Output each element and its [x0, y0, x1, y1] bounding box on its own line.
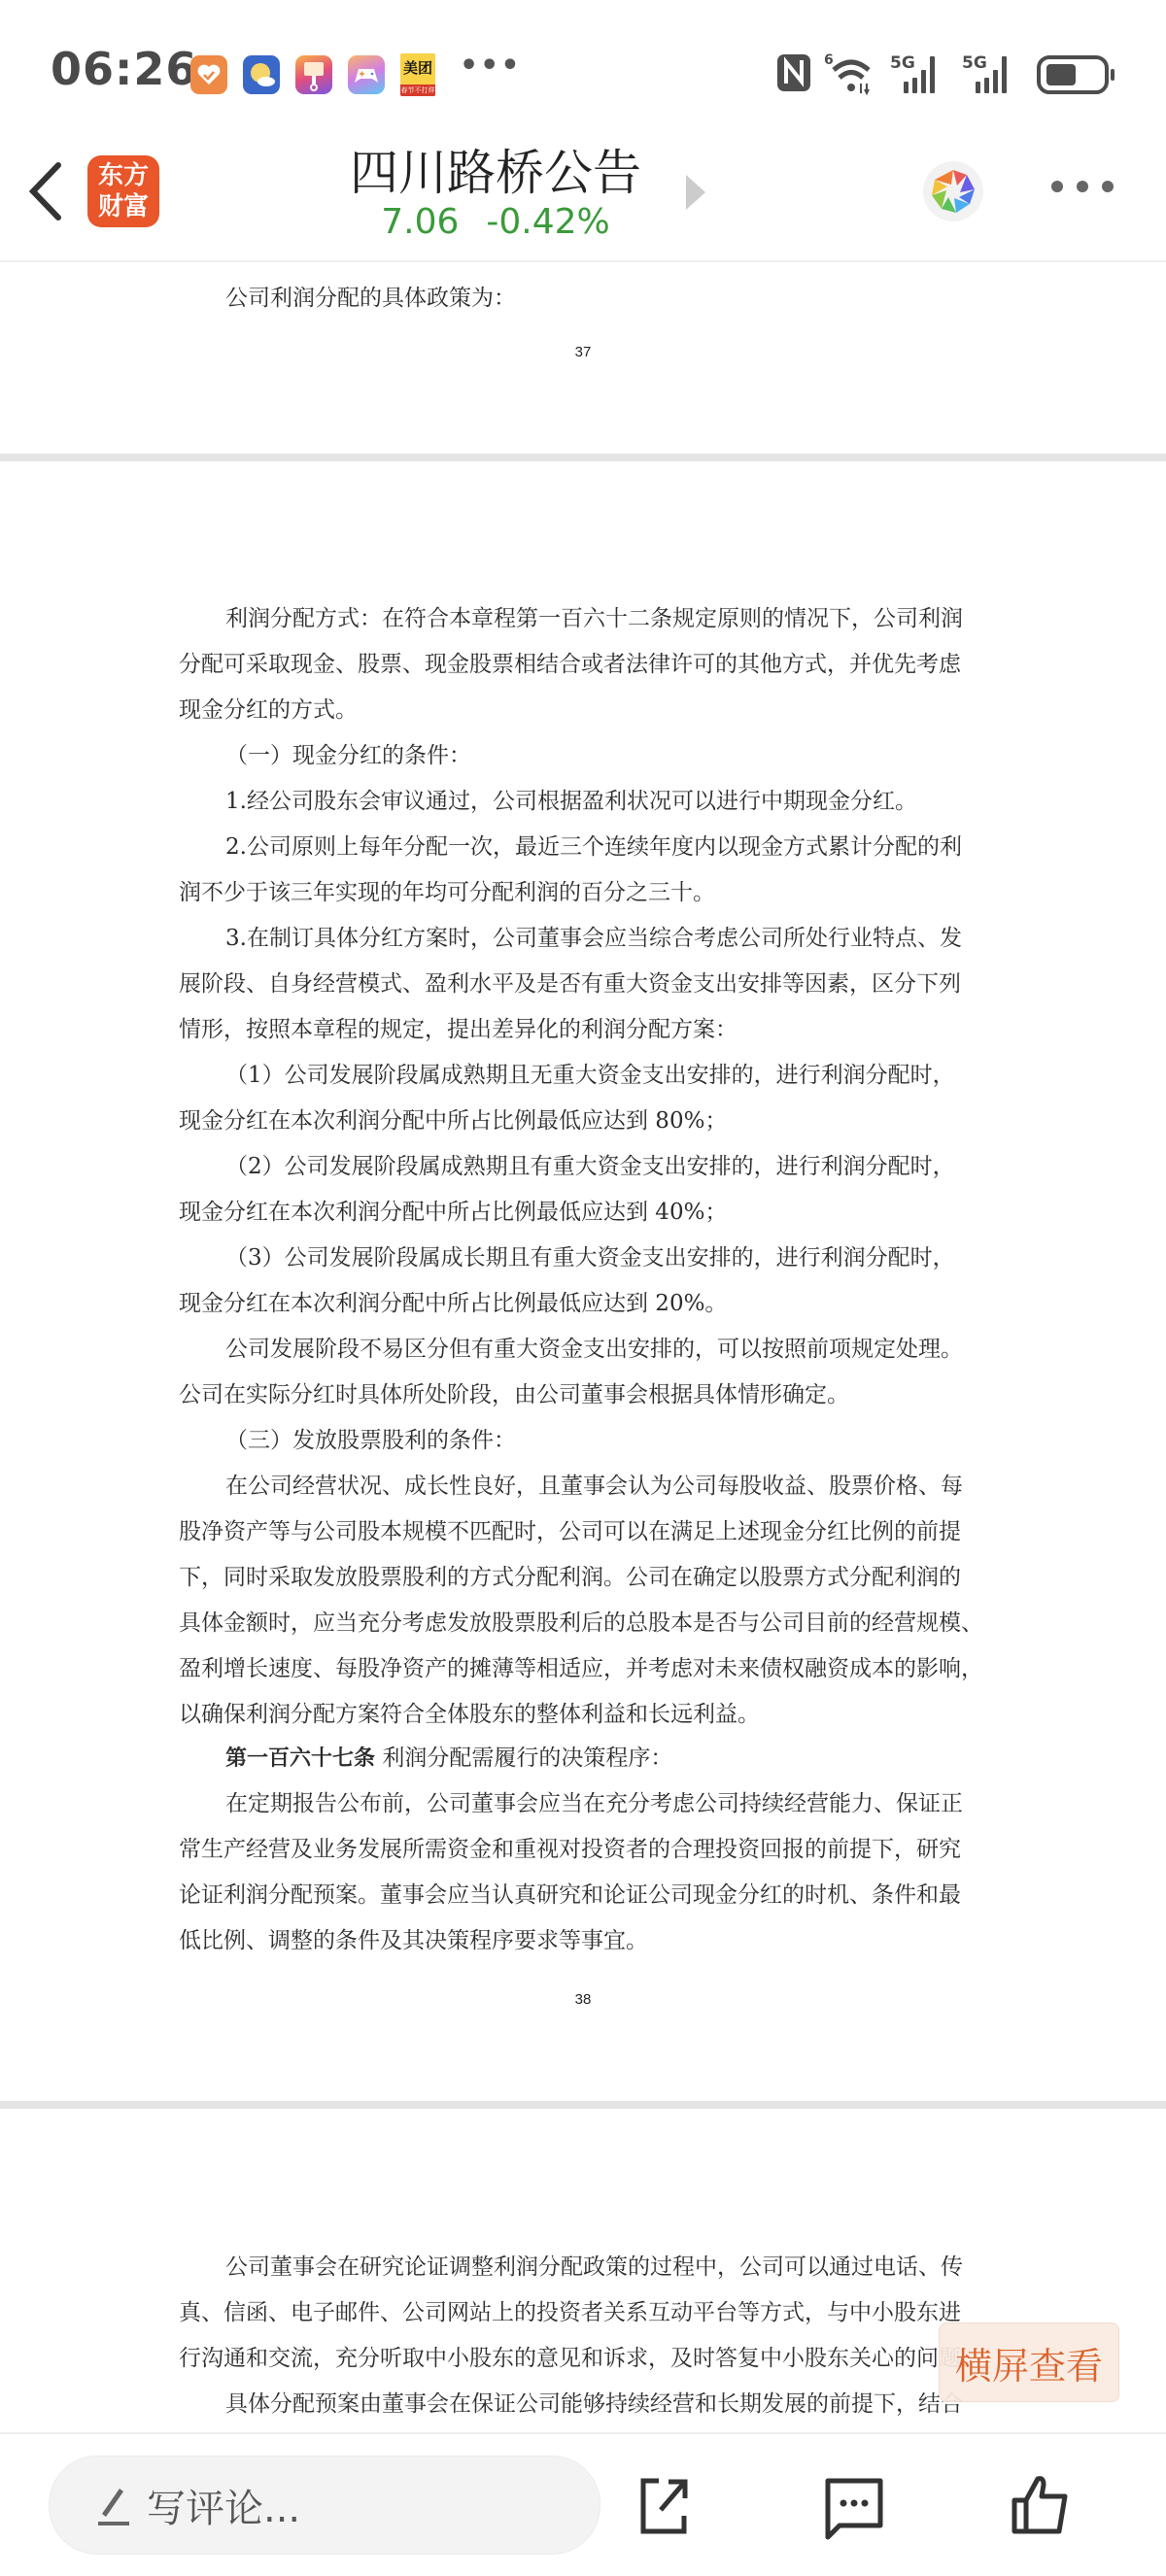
theme-brush-app-icon: [295, 55, 332, 94]
page-number: 37: [0, 344, 1166, 360]
page-title: 四川路桥公告: [291, 134, 700, 204]
document-page-39: 公司董事会在研究论证调整利润分配政策的过程中，公司可以通过电话、传真、信函、电子…: [179, 2249, 1053, 2433]
dot-icon: [1051, 181, 1063, 192]
stock-quote[interactable]: 7.06-0.42%: [291, 202, 700, 242]
chevron-left-icon: [21, 157, 70, 225]
dot-icon: [1077, 181, 1088, 192]
svg-text:5G: 5G: [962, 53, 987, 73]
doc-line: 现金分红在本次利润分配中所占比例最低应达到 20%。: [179, 1285, 727, 1317]
doc-line: 利润分配方式：在符合本章程第一百六十二条规定原则的情况下，公司利润: [225, 600, 963, 632]
doc-line: 2.公司原则上每年分配一次，最近三个连续年度内以现金方式累计分配的利: [225, 829, 962, 861]
doc-line: 以确保利润分配方案符合全体股东的整体利益和长远利益。: [179, 1696, 760, 1728]
doc-line: 润不少于该三年实现的年均可分配利润的百分之三十。: [179, 874, 715, 906]
article-number: 第一百六十七条: [225, 1746, 375, 1771]
sim2-5g-signal-icon: 5G: [962, 51, 1018, 93]
doc-line: 在定期报告公布前，公司董事会应当在充分考虑公司持续经营能力、保证正: [225, 1785, 963, 1817]
thumbs-up-icon: [1009, 2473, 1073, 2537]
logo-line1: 东方: [87, 160, 159, 191]
doc-line: 公司利润分配的具体政策为：: [225, 280, 516, 312]
more-options-button[interactable]: [1051, 177, 1114, 196]
article-heading: 第一百六十七条 利润分配需履行的决策程序：: [225, 1740, 672, 1772]
meituan-label: 美团: [400, 53, 435, 78]
status-time: 06:26: [51, 43, 197, 95]
doc-line: （1）公司发展阶段属成熟期且无重大资金支出安排的，进行利润分配时，: [225, 1057, 955, 1089]
doc-line: 股净资产等与公司股本规模不匹配时，公司可以在满足上述现金分红比例的前提: [179, 1513, 961, 1545]
stock-price: 7.06: [381, 202, 459, 242]
next-stock-arrow-icon[interactable]: [686, 175, 705, 210]
landscape-view-button[interactable]: 横屏查看: [939, 2322, 1119, 2402]
weather-app-icon: [243, 55, 280, 94]
doc-line: 公司发展阶段不易区分但有重大资金支出安排的，可以按照前项规定处理。: [225, 1331, 963, 1363]
doc-line: 公司在实际分红时具体所处阶段，由公司董事会根据具体情形确定。: [179, 1376, 849, 1408]
doc-line: （三）发放股票股利的条件：: [225, 1422, 516, 1454]
wifi-badge: 6: [824, 52, 834, 68]
doc-line: 分配可采取现金、股票、现金股票相结合或者法律许可的其他方式，并优先考虑: [179, 646, 961, 678]
doc-line: 3.在制订具体分红方案时，公司董事会应当综合考虑公司所处行业特点、发: [225, 920, 962, 952]
pencil-icon: [90, 2481, 133, 2529]
eastmoney-logo[interactable]: 东方 财富: [87, 155, 159, 227]
doc-line: 1.经公司股东会审议通过，公司根据盈利状况可以进行中期现金分红。: [225, 783, 917, 815]
article-title: 利润分配需履行的决策程序：: [375, 1746, 672, 1771]
comment-input[interactable]: 写评论...: [49, 2456, 600, 2555]
meituan-app-icon: 美团 春节不打烊: [400, 53, 435, 96]
wifi-6-icon: 6: [822, 51, 876, 93]
share-icon: [632, 2473, 696, 2537]
doc-line: 真、信函、电子邮件、公司网站上的投资者关系互动平台等方式，与中小股东进: [179, 2294, 961, 2326]
game-app-icon: [348, 55, 385, 94]
comment-placeholder: 写评论...: [147, 2478, 300, 2533]
sim1-5g-signal-icon: 5G: [890, 51, 946, 93]
nfc-icon: [775, 51, 814, 93]
status-bar: 06:26 美团 春节不打烊 ••• 6 5G 5G: [0, 0, 1166, 126]
doc-line: 在公司经营状况、成长性良好，且董事会认为公司每股收益、股票价格、每: [225, 1468, 963, 1500]
doc-line: 下，同时采取发放股票股利的方式分配利润。公司在确定以股票方式分配利润的: [179, 1559, 961, 1591]
health-app-icon: [190, 55, 227, 94]
comment-icon: [822, 2473, 886, 2541]
battery-icon: [1036, 51, 1117, 93]
doc-line: 具体金额时，应当充分考虑发放股票股利后的总股本是否与公司目前的经营规模、: [179, 1605, 983, 1637]
back-button[interactable]: [21, 157, 70, 225]
doc-line: 常生产经营及业务发展所需资金和重视对投资者的合理投资回报的前提下，研究: [179, 1831, 961, 1863]
page-number: 38: [0, 1991, 1166, 2008]
doc-line: （3）公司发展阶段属成长期且有重大资金支出安排的，进行利润分配时，: [225, 1239, 955, 1271]
doc-line: 低比例、调整的条件及其决策程序要求等事宜。: [179, 1922, 648, 1954]
doc-line: 盈利增长速度、每股净资产的摊薄等相适应，并考虑对未来债权融资成本的影响，: [179, 1650, 983, 1682]
stock-change: -0.42%: [486, 202, 609, 242]
doc-line: 具体分配预案由董事会在保证公司能够持续经营和长期发展的前提下，结合: [225, 2386, 963, 2418]
page-separator: [0, 2101, 1166, 2109]
doc-line: 行沟通和交流，充分听取中小股东的意见和诉求，及时答复中小股东关心的问题: [179, 2340, 961, 2372]
doc-line: 情形，按照本章程的规定，提出差异化的利润分配方案：: [179, 1011, 737, 1043]
share-button[interactable]: [632, 2473, 696, 2537]
doc-line: （2）公司发展阶段属成熟期且有重大资金支出安排的，进行利润分配时，: [225, 1148, 955, 1180]
notification-overflow-icon: •••: [460, 49, 522, 83]
doc-line: 论证利润分配预案。董事会应当认真研究和论证公司现金分红的时机、条件和最: [179, 1877, 961, 1909]
doc-line: 公司董事会在研究论证调整利润分配政策的过程中，公司可以通过电话、传: [225, 2249, 963, 2281]
doc-line: 现金分红在本次利润分配中所占比例最低应达到 80%；: [179, 1102, 727, 1135]
doc-line: 现金分红的方式。: [179, 692, 358, 724]
dot-icon: [1102, 181, 1114, 192]
aperture-icon: [930, 168, 977, 215]
article-body: 在定期报告公布前，公司董事会应当在充分考虑公司持续经营能力、保证正常生产经营及业…: [179, 1785, 1014, 1980]
screenshot-shutter-button[interactable]: [923, 161, 983, 221]
comment-button[interactable]: [822, 2473, 886, 2537]
page-separator: [0, 454, 1166, 461]
logo-line2: 财富: [87, 191, 159, 222]
doc-line: （一）现金分红的条件：: [225, 737, 471, 769]
doc-line: 现金分红在本次利润分配中所占比例最低应达到 40%；: [179, 1194, 727, 1226]
doc-line: 展阶段、自身经营模式、盈利水平及是否有重大资金支出安排等因素，区分下列: [179, 966, 961, 998]
svg-text:5G: 5G: [890, 53, 915, 73]
meituan-sublabel: 春节不打烊: [400, 85, 435, 96]
like-button[interactable]: [1009, 2473, 1073, 2537]
